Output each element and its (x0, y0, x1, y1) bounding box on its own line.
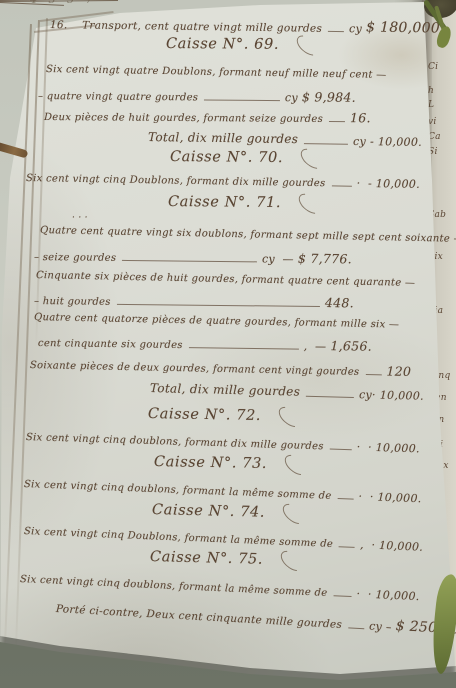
paraph-flourish-icon (297, 144, 327, 172)
currency-mark: cy – (369, 620, 392, 634)
amount-value: · · 10,000. (356, 587, 420, 603)
caisse-71-entry-doublons-1: Quatre cent quatre vingt six doublons, f… (40, 225, 456, 245)
line-text: Six cent vingt cinq doublons, formant la… (24, 479, 332, 502)
line-text: Quatre cent quatorze pièces de quatre go… (34, 312, 400, 331)
line-text: · · · (72, 213, 88, 223)
margin-dots: · · · (72, 213, 88, 223)
line-text: – quatre vingt quatre gourdes (38, 91, 198, 104)
caisse-71-entry-quatre-1: Quatre cent quatorze pièces de quatre go… (34, 312, 400, 331)
line-text: Six cent vingt quatre Doublons, formant … (46, 64, 387, 81)
final-sum-rule (0, 2, 64, 6)
leader-dash (117, 304, 320, 307)
leader-dash (328, 31, 344, 32)
currency-mark: cy — (262, 252, 294, 265)
line-text: Porté ci-contre, Deux cent cinquante mil… (56, 603, 343, 631)
currency-mark: cy (353, 135, 366, 148)
caisse-71-sum-rule (0, 0, 118, 2)
line-text: 16. Transport, cent quatre vingt mille g… (50, 19, 322, 35)
paraph-flourish-icon (281, 451, 311, 479)
line-text: Caisse N°. 69. (166, 36, 279, 53)
line-text: Caisse N°. 74. (152, 502, 265, 521)
caisse-73-heading: Caisse N°. 73. (154, 454, 309, 473)
currency-mark: , — (304, 340, 327, 353)
caisse-71-entry-quatre-2: cent cinquante six gourdes, —1,656. (38, 334, 372, 354)
caisse-72-heading: Caisse N°. 72. (148, 406, 303, 425)
caisse-72-entry: Six cent vingt cinq doublons, formant di… (26, 430, 420, 455)
leader-dash (304, 143, 348, 145)
caisse-74-entry: Six cent vingt cinq Doublons, formant la… (24, 524, 422, 554)
caisse-71-total-line: Total, dix mille gourdescy·10,000. (150, 382, 424, 402)
leader-dash (306, 396, 354, 398)
ledger-page-content: 16. Transport, cent quatre vingt mille g… (0, 0, 456, 688)
line-text: Deux pièces de huit gourdes, formant sei… (44, 112, 323, 125)
caisse-69-total-line: Total, dix mille gourdescy- 10,000. (148, 131, 422, 149)
currency-mark: cy (285, 91, 298, 104)
leader-dash (365, 374, 381, 375)
caisse-69-entry-doublons-1: Six cent vingt quatre Doublons, formant … (46, 64, 387, 81)
paraph-flourish-icon (279, 500, 309, 528)
line-text: Caisse N°. 70. (170, 149, 283, 167)
caisse-73-entry: Six cent vingt cinq doublons, formant la… (24, 477, 420, 505)
line-text: Soixante pièces de deux gourdes, formant… (30, 360, 360, 378)
paraph-flourish-icon (293, 31, 323, 59)
caisse-70-heading: Caisse N°. 70. (170, 149, 325, 167)
amount-value: · · 10,000. (358, 490, 422, 505)
leader-dash (348, 627, 364, 629)
leader-dash (330, 449, 352, 451)
line-text: cent cinquante six gourdes (38, 338, 183, 352)
amount-value: 1,656. (330, 338, 372, 354)
amount-value: $ 7,776. (298, 251, 352, 267)
paraph-flourish-icon (275, 403, 305, 431)
line-text: Six cent vingt cinq doublons, formant la… (20, 574, 328, 599)
transport-line: 16. Transport, cent quatre vingt mille g… (50, 15, 422, 36)
leader-dash (333, 595, 351, 597)
line-text: Caisse N°. 72. (148, 406, 261, 425)
line-text: Total, dix mille gourdes (150, 382, 300, 399)
line-text: Quatre cent quatre vingt six doublons, f… (40, 225, 456, 245)
line-text: – seize gourdes (34, 252, 117, 264)
caisse-69-entry-doublons-2: – quatre vingt quatre gourdescy$ 9,984. (38, 87, 356, 105)
leader-dash (122, 260, 257, 262)
leader-dash (204, 99, 280, 101)
leader-dash (337, 498, 353, 500)
paraph-flourish-icon (295, 189, 325, 217)
manuscript-ledger-photo: CihLviCaSiSabSixSiaCinqCenCinSoiSoixviCi… (0, 0, 456, 688)
currency-mark: cy· (359, 388, 376, 401)
line-text: Six cent vingt cinq Doublons, formant la… (24, 526, 334, 550)
amount-value: 120 (386, 363, 411, 379)
line-text: Six cent vingt cinq doublons, formant di… (26, 432, 324, 453)
caisse-71-entry-huit-1: Cinquante six pièces de huit gourdes, fo… (36, 270, 415, 289)
caisse-71-entry-deux: Soixante pièces de deux gourdes, formant… (30, 356, 364, 378)
paraph-flourish-icon (277, 547, 307, 575)
carried-forward-line: Porté ci-contre, Deux cent cinquante mil… (56, 599, 420, 635)
caisse-75-heading: Caisse N°. 75. (150, 549, 305, 569)
leader-dash (339, 546, 355, 548)
line-text: – huit gourdes (34, 296, 111, 308)
caisse-75-entry: Six cent vingt cinq doublons, formant la… (20, 572, 420, 603)
caisse-69-heading: Caisse N°. 69. (166, 36, 321, 54)
leader-dash (329, 121, 345, 122)
line-text: Total, dix mille gourdes (148, 131, 298, 147)
caisse-69-entry-pieces: Deux pièces de huit gourdes, formant sei… (44, 108, 364, 125)
line-text: Six cent vingt cinq Doublons, formant di… (26, 173, 326, 190)
caisse-74-heading: Caisse N°. 74. (152, 502, 307, 522)
amount-value: 16. (350, 110, 371, 125)
line-text: Caisse N°. 71. (168, 194, 281, 212)
amount-value: 448. (325, 295, 354, 310)
line-text: Cinquante six pièces de huit gourdes, fo… (36, 270, 415, 289)
amount-value: · · 10,000. (357, 440, 420, 455)
line-text: Caisse N°. 73. (154, 454, 267, 473)
amount-value: , · 10,000. (360, 538, 424, 554)
amount-value: 10,000. (380, 388, 424, 402)
amount-value: $ 9,984. (302, 89, 356, 104)
line-text: Caisse N°. 75. (150, 549, 263, 568)
currency-mark: cy (349, 22, 362, 35)
amount-value: · - 10,000. (357, 177, 421, 191)
caisse-71-entry-doublons-2: – seize gourdescy —$ 7,776. (34, 248, 352, 266)
leader-dash (189, 347, 299, 350)
caisse-70-entry: Six cent vingt cinq Doublons, formant di… (26, 171, 420, 191)
amount-value: - 10,000. (370, 135, 422, 149)
caisse-71-entry-huit-2: – huit gourdes448. (34, 292, 354, 310)
amount-value: $ 180,000. (366, 19, 445, 36)
caisse-71-heading: Caisse N°. 71. (168, 194, 323, 212)
leader-dash (331, 185, 351, 186)
